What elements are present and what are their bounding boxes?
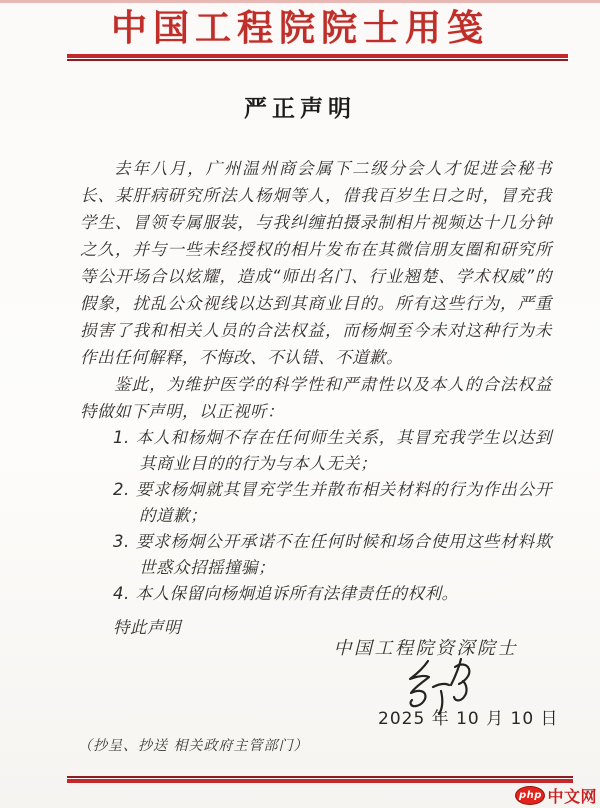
footer-rule-thin-line	[67, 776, 573, 778]
letterhead-title: 中国工程院院士用笺	[0, 7, 600, 49]
list-item-2: 2. 要求杨炯就其冒充学生并散布相关材料的行为作出公开的道歉；	[113, 477, 552, 529]
date: 2025 年 10 月 10 日	[378, 704, 559, 729]
footer-rule	[67, 776, 573, 783]
header-rule-thick-line	[67, 54, 568, 58]
statement-body: 去年八月，广州温州商会属下二级分会人才促进会秘书长、某肝病研究所法人杨炯等人，借…	[80, 155, 552, 641]
top-edge-streak	[0, 0, 600, 3]
paragraph-purpose: 鉴此，为维护医学的科学性和严肃性以及本人的合法权益特做如下声明，以正视听：	[80, 371, 552, 425]
cc-note: （抄呈、抄送 相关政府主管部门）	[78, 735, 308, 755]
php-logo-icon: php	[515, 786, 545, 805]
header-rule-thin-line	[67, 59, 568, 61]
footer-rule-thick-line	[67, 779, 573, 783]
header-rule	[67, 54, 568, 61]
list-item-1: 1. 本人和杨炯不存在任何师生关系，其冒充我学生以达到其商业目的的行为与本人无关…	[113, 425, 552, 477]
list-item-3: 3. 要求杨炯公开承诺不在任何时候和场合使用这些材料欺世惑众招摇撞骗；	[113, 529, 552, 581]
watermark-site-name: 中文网	[547, 784, 597, 807]
site-watermark: php 中文网	[515, 784, 597, 807]
list-item-4: 4. 本人保留向杨炯追诉所有法律责任的权利。	[113, 581, 552, 607]
paragraph-accusation: 去年八月，广州温州商会属下二级分会人才促进会秘书长、某肝病研究所法人杨炯等人，借…	[80, 155, 552, 371]
statement-title: 严正声明	[0, 97, 600, 121]
declaration-list: 1. 本人和杨炯不存在任何师生关系，其冒充我学生以达到其商业目的的行为与本人无关…	[113, 425, 552, 607]
